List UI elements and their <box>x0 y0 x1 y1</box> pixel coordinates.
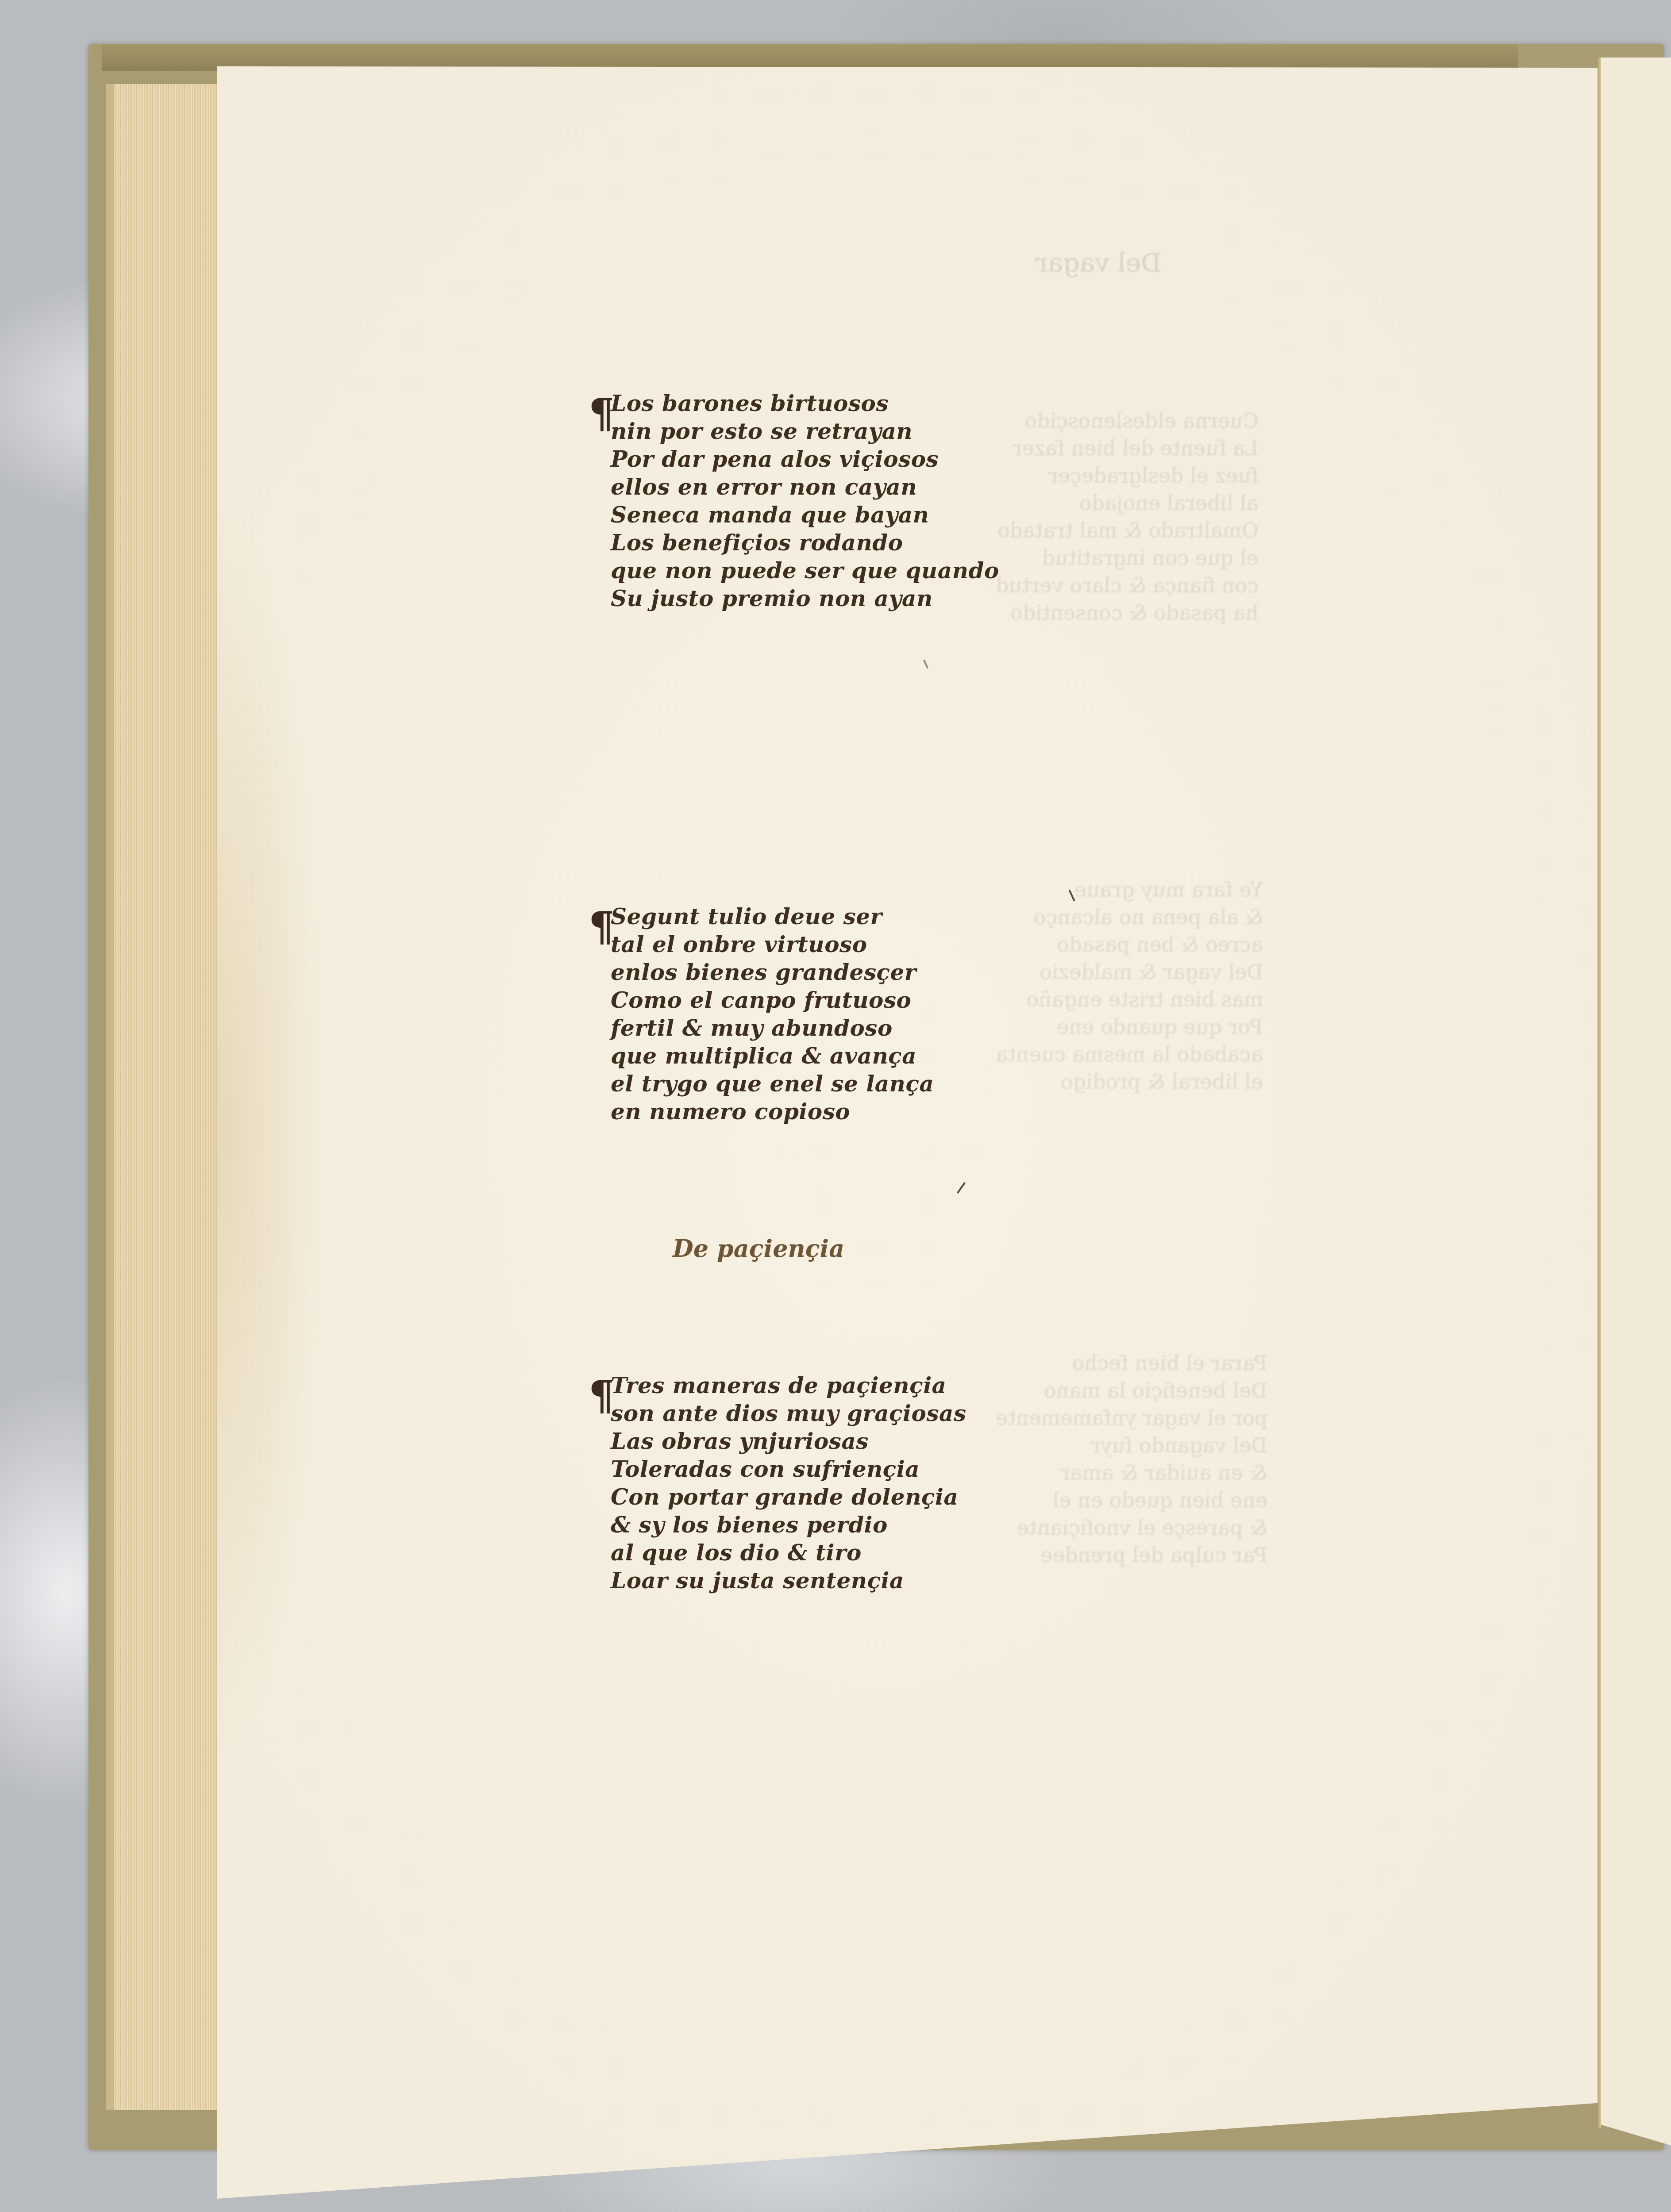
verse-line: Las obras ynjuriosas <box>611 1427 966 1455</box>
verse-line: tal el onbre virtuoso <box>611 930 934 958</box>
section-heading: De paçiençia <box>673 1234 844 1263</box>
verse-line: en numero copioso <box>611 1098 934 1125</box>
verse-line: el trygo que enel se lança <box>611 1070 934 1098</box>
verse-line: son ante dios muy graçiosas <box>611 1399 966 1427</box>
verse-line: fertil & muy abundoso <box>611 1014 934 1042</box>
verse-line: que non puede ser que quando <box>611 557 999 584</box>
verse-line: Con portar grande dolençia <box>611 1483 966 1511</box>
verse-line: Su justo premio non ayan <box>611 584 999 612</box>
facing-page-edge <box>1601 58 1671 2146</box>
pilcrow-mark: ¶ <box>589 393 615 434</box>
verse-line: Los barones birtuosos <box>611 389 999 417</box>
bleed-through-heading: Del vagar <box>1036 248 1162 278</box>
verse-line: Loar su justa sentençia <box>611 1567 966 1594</box>
verse-line: que multiplica & avança <box>611 1042 934 1070</box>
verse-line: Tres maneras de paçiençia <box>611 1371 966 1399</box>
stanza-1: ¶ Los barones birtuosos nin por esto se … <box>611 389 999 612</box>
verse-line: Toleradas con sufriençia <box>611 1455 966 1483</box>
verse-line: & sy los bienes perdio <box>611 1511 966 1539</box>
stanza-3: ¶ Tres maneras de paçiençia son ante dio… <box>611 1371 966 1594</box>
manuscript-page <box>217 66 1602 2199</box>
pilcrow-mark: ¶ <box>589 1375 615 1416</box>
verse-line: nin por esto se retrayan <box>611 417 999 445</box>
stanza-2: ¶ Segunt tulio deue ser tal el onbre vir… <box>611 902 934 1125</box>
verse-line: enlos bienes grandesçer <box>611 958 934 986</box>
bleed-through-block-3: Parar el bien fecho Del benefiçio la man… <box>996 1349 1267 1569</box>
verse-line: Seneca manda que bayan <box>611 501 999 529</box>
verse-line: ellos en error non cayan <box>611 473 999 501</box>
page-block-edges <box>106 84 225 2110</box>
book-gutter <box>1598 58 1601 2128</box>
verse-line: al que los dio & tiro <box>611 1539 966 1567</box>
verse-line: Como el canpo frutuoso <box>611 986 934 1014</box>
bleed-through-block-2: Ye fara muy graue & ala pena no alcanço … <box>996 876 1263 1095</box>
pilcrow-mark: ¶ <box>589 906 615 947</box>
bleed-through-block-1: Cuerna eldeslenosçido La fuente del bien… <box>996 407 1259 626</box>
verse-line: Segunt tulio deue ser <box>611 902 934 930</box>
verse-line: Los benefiçios rodando <box>611 529 999 557</box>
verse-line: Por dar pena alos viçiosos <box>611 445 999 473</box>
